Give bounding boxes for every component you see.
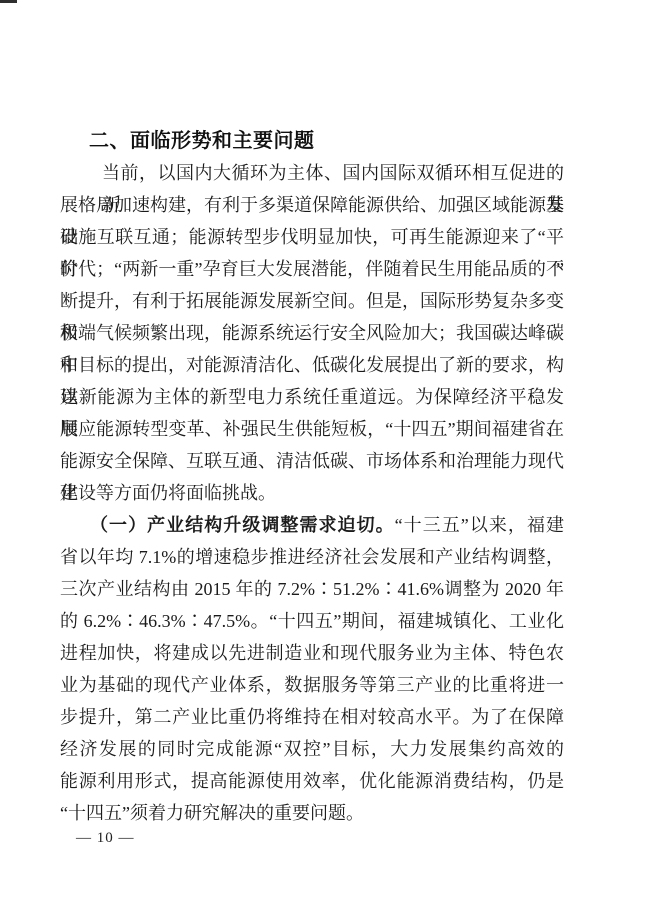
text-line: 业为基础的现代产业体系，数据服务等第三产业的比重将进一: [60, 669, 564, 701]
text-line: 和目标的提出，对能源清洁化、低碳化发展提出了新的要求，构建: [60, 349, 564, 381]
page-number: — 10 —: [76, 830, 135, 847]
document-page: 二、面临形势和主要问题 当前，以国内大循环为主体、国内国际双循环相互促进的新发展…: [0, 0, 650, 919]
text-line: 展格局加速构建，有利于多渠道保障能源供给、加强区域能源基础: [60, 189, 564, 221]
text-line: 能源利用形式，提高能源使用效率，优化能源消费结构，仍是: [60, 765, 564, 797]
text-line: 步提升，第二产业比重仍将维持在相对较高水平。为了在保障: [60, 701, 564, 733]
section-heading: 二、面临形势和主要问题: [60, 125, 564, 157]
subsection-bold-lead: （一）产业结构升级调整需求迫切。: [90, 515, 395, 535]
text-line: 断提升，有利于拓展能源发展新空间。但是，国际形势复杂多变和: [60, 285, 564, 317]
text-line: 时代；“两新一重”孕育巨大发展潜能，伴随着民生用能品质的不: [60, 253, 564, 285]
text-line: 设施互联互通；能源转型步伐明显加快，可再生能源迎来了“平价”: [60, 221, 564, 253]
paragraph-container: 当前，以国内大循环为主体、国内国际双循环相互促进的新发展格局加速构建，有利于多渠…: [60, 157, 564, 829]
text-line: 的 6.2%∶46.3%∶47.5%。“十四五”期间，福建城镇化、工业化: [60, 605, 564, 637]
scan-artifact-mark: [0, 0, 17, 3]
document-content: 二、面临形势和主要问题 当前，以国内大循环为主体、国内国际双循环相互促进的新发展…: [60, 125, 564, 829]
text-line: 以新能源为主体的新型电力系统任重道远。为保障经济平稳发展、: [60, 381, 564, 413]
text-line: （一）产业结构升级调整需求迫切。“十三五”以来，福建: [60, 509, 564, 541]
text-line: 三次产业结构由 2015 年的 7.2%∶51.2%∶41.6%调整为 2020…: [60, 573, 564, 605]
text-line: 省以年均 7.1%的增速稳步推进经济社会发展和产业结构调整，: [60, 541, 564, 573]
text-line: “十四五”须着力研究解决的重要问题。: [60, 797, 564, 829]
text-line: 能源安全保障、互联互通、清洁低碳、市场体系和治理能力现代化: [60, 445, 564, 477]
text-line: 进程加快，将建成以先进制造业和现代服务业为主体、特色农: [60, 637, 564, 669]
text-line: 建设等方面仍将面临挑战。: [60, 477, 564, 509]
text-line: 极端气候频繁出现，能源系统运行安全风险加大；我国碳达峰碳中: [60, 317, 564, 349]
text-line: 当前，以国内大循环为主体、国内国际双循环相互促进的新发: [60, 157, 564, 189]
text-line: 经济发展的同时完成能源“双控”目标，大力发展集约高效的: [60, 733, 564, 765]
text-line: 顺应能源转型变革、补强民生供能短板，“十四五”期间福建省在: [60, 413, 564, 445]
